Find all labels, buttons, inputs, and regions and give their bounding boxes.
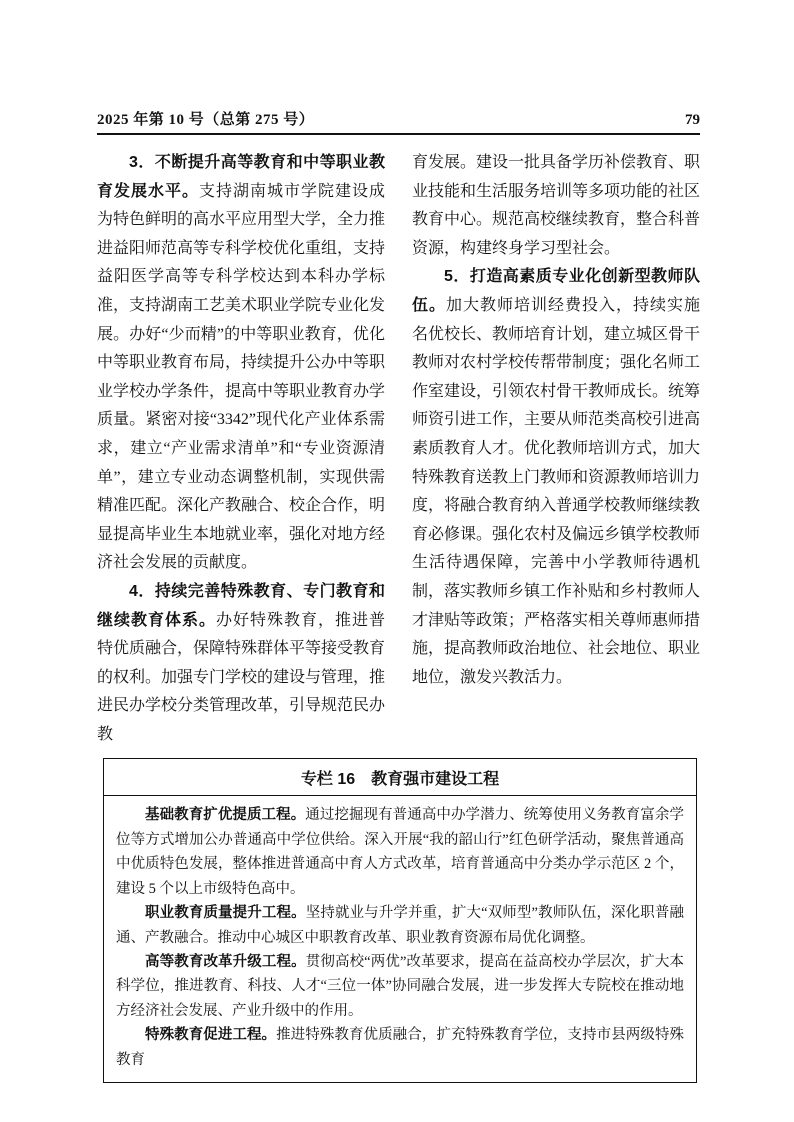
column-left: 3．不断提升高等教育和中等职业教育发展水平。支持湖南城市学院建设成为特色鲜明的高… bbox=[97, 149, 385, 749]
paragraph: 3．不断提升高等教育和中等职业教育发展水平。支持湖南城市学院建设成为特色鲜明的高… bbox=[97, 149, 385, 578]
paragraph: 5．打造高素质专业化创新型教师队伍。加大教师培训经费投入，持续实施名优校长、教师… bbox=[412, 263, 700, 692]
feature-box-title: 专栏 16 教育强市建设工程 bbox=[301, 771, 499, 788]
paragraph-lead: 高等教育改革升级工程。 bbox=[145, 954, 306, 970]
paragraph-text: 支持湖南城市学院建设成为特色鲜明的高水平应用型大学，全力推进益阳师范高等专科学校… bbox=[97, 183, 385, 572]
issue-number: 2025 年第 10 号（总第 275 号） bbox=[97, 108, 314, 129]
page-number: 79 bbox=[685, 112, 700, 129]
paragraph: 4．持续完善特殊教育、专门教育和继续教育体系。办好特殊教育，推进普特优质融合，保… bbox=[97, 578, 385, 750]
paragraph: 职业教育质量提升工程。坚持就业与升学并重，扩大“双师型”教师队伍，深化职普融通、… bbox=[116, 901, 684, 950]
paragraph: 育发展。建设一批具备学历补偿教育、职业技能和生活服务培训等多项功能的社区教育中心… bbox=[412, 149, 700, 263]
paragraph-text: 办好特殊教育，推进普特优质融合，保障特殊群体平等接受教育的权利。加强专门学校的建… bbox=[97, 612, 385, 743]
paragraph-text: 加大教师培训经费投入，持续实施名优校长、教师培育计划，建立城区骨干教师对农村学校… bbox=[412, 297, 700, 686]
feature-box-body: 基础教育扩优提质工程。通过挖掘现有普通高中办学潜力、统筹使用义务教育富余学位等方… bbox=[104, 796, 696, 1081]
paragraph-lead: 基础教育扩优提质工程。 bbox=[145, 807, 305, 823]
paragraph-text: 育发展。建设一批具备学历补偿教育、职业技能和生活服务培训等多项功能的社区教育中心… bbox=[412, 154, 700, 257]
page-header: 2025 年第 10 号（总第 275 号） 79 bbox=[97, 108, 700, 135]
paragraph-lead: 职业教育质量提升工程。 bbox=[145, 905, 306, 921]
two-column-body: 3．不断提升高等教育和中等职业教育发展水平。支持湖南城市学院建设成为特色鲜明的高… bbox=[97, 149, 700, 749]
paragraph: 基础教育扩优提质工程。通过挖掘现有普通高中办学潜力、统筹使用义务教育富余学位等方… bbox=[116, 803, 684, 901]
paragraph: 特殊教育促进工程。推进特殊教育优质融合，扩充特殊教育学位，支持市县两级特殊教育 bbox=[116, 1023, 684, 1072]
feature-box-title-row: 专栏 16 教育强市建设工程 bbox=[104, 759, 696, 796]
paragraph-lead: 特殊教育促进工程。 bbox=[145, 1027, 276, 1043]
document-page: 2025 年第 10 号（总第 275 号） 79 3．不断提升高等教育和中等职… bbox=[0, 0, 794, 1122]
paragraph: 高等教育改革升级工程。贯彻高校“两优”改革要求，提高在益高校办学层次，扩大本科学… bbox=[116, 950, 684, 1023]
feature-box: 专栏 16 教育强市建设工程 基础教育扩优提质工程。通过挖掘现有普通高中办学潜力… bbox=[103, 758, 697, 1082]
column-right: 育发展。建设一批具备学历补偿教育、职业技能和生活服务培训等多项功能的社区教育中心… bbox=[412, 149, 700, 749]
